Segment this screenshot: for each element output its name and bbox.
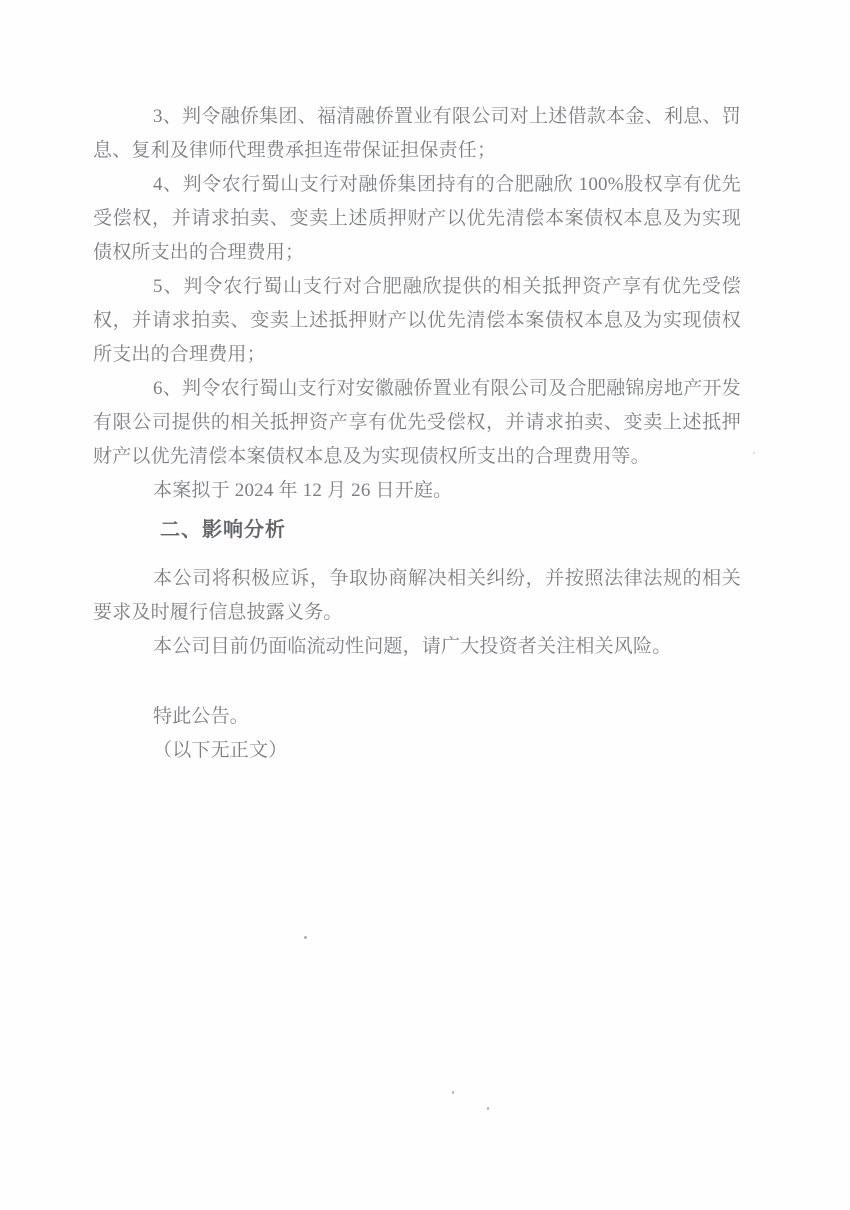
- blank-line-spacer: [93, 664, 741, 700]
- scanned-announcement-page: 3、判令融侨集团、福清融侨置业有限公司对上述借款本金、利息、罚息、复利及律师代理…: [0, 0, 850, 1210]
- document-body: 3、判令融侨集团、福清融侨置业有限公司对上述借款本金、利息、罚息、复利及律师代理…: [93, 100, 741, 768]
- scan-speck: [304, 936, 307, 939]
- impact-paragraph-2: 本公司目前仍面临流动性问题，请广大投资者关注相关风险。: [93, 630, 741, 664]
- claim-paragraph-4: 4、判令农行蜀山支行对融侨集团持有的合肥融欣 100%股权享有优先受偿权，并请求…: [93, 168, 741, 270]
- scan-speck: [452, 1091, 454, 1094]
- section-heading-impact-analysis: 二、影响分析: [93, 513, 741, 547]
- claim-paragraph-6: 6、判令农行蜀山支行对安徽融侨置业有限公司及合肥融锦房地产开发有限公司提供的相关…: [93, 372, 741, 474]
- scan-speck: [487, 1107, 489, 1110]
- claim-paragraph-3: 3、判令融侨集团、福清融侨置业有限公司对上述借款本金、利息、罚息、复利及律师代理…: [93, 100, 741, 168]
- impact-paragraph-1: 本公司将积极应诉，争取协商解决相关纠纷，并按照法律法规的相关要求及时履行信息披露…: [93, 562, 741, 630]
- scan-speck: [753, 452, 755, 454]
- no-body-text-note: （以下无正文）: [93, 734, 741, 768]
- court-date-line: 本案拟于 2024 年 12 月 26 日开庭。: [93, 474, 741, 508]
- closing-line: 特此公告。: [93, 700, 741, 734]
- claim-paragraph-5: 5、判令农行蜀山支行对合肥融欣提供的相关抵押资产享有优先受偿权，并请求拍卖、变卖…: [93, 270, 741, 372]
